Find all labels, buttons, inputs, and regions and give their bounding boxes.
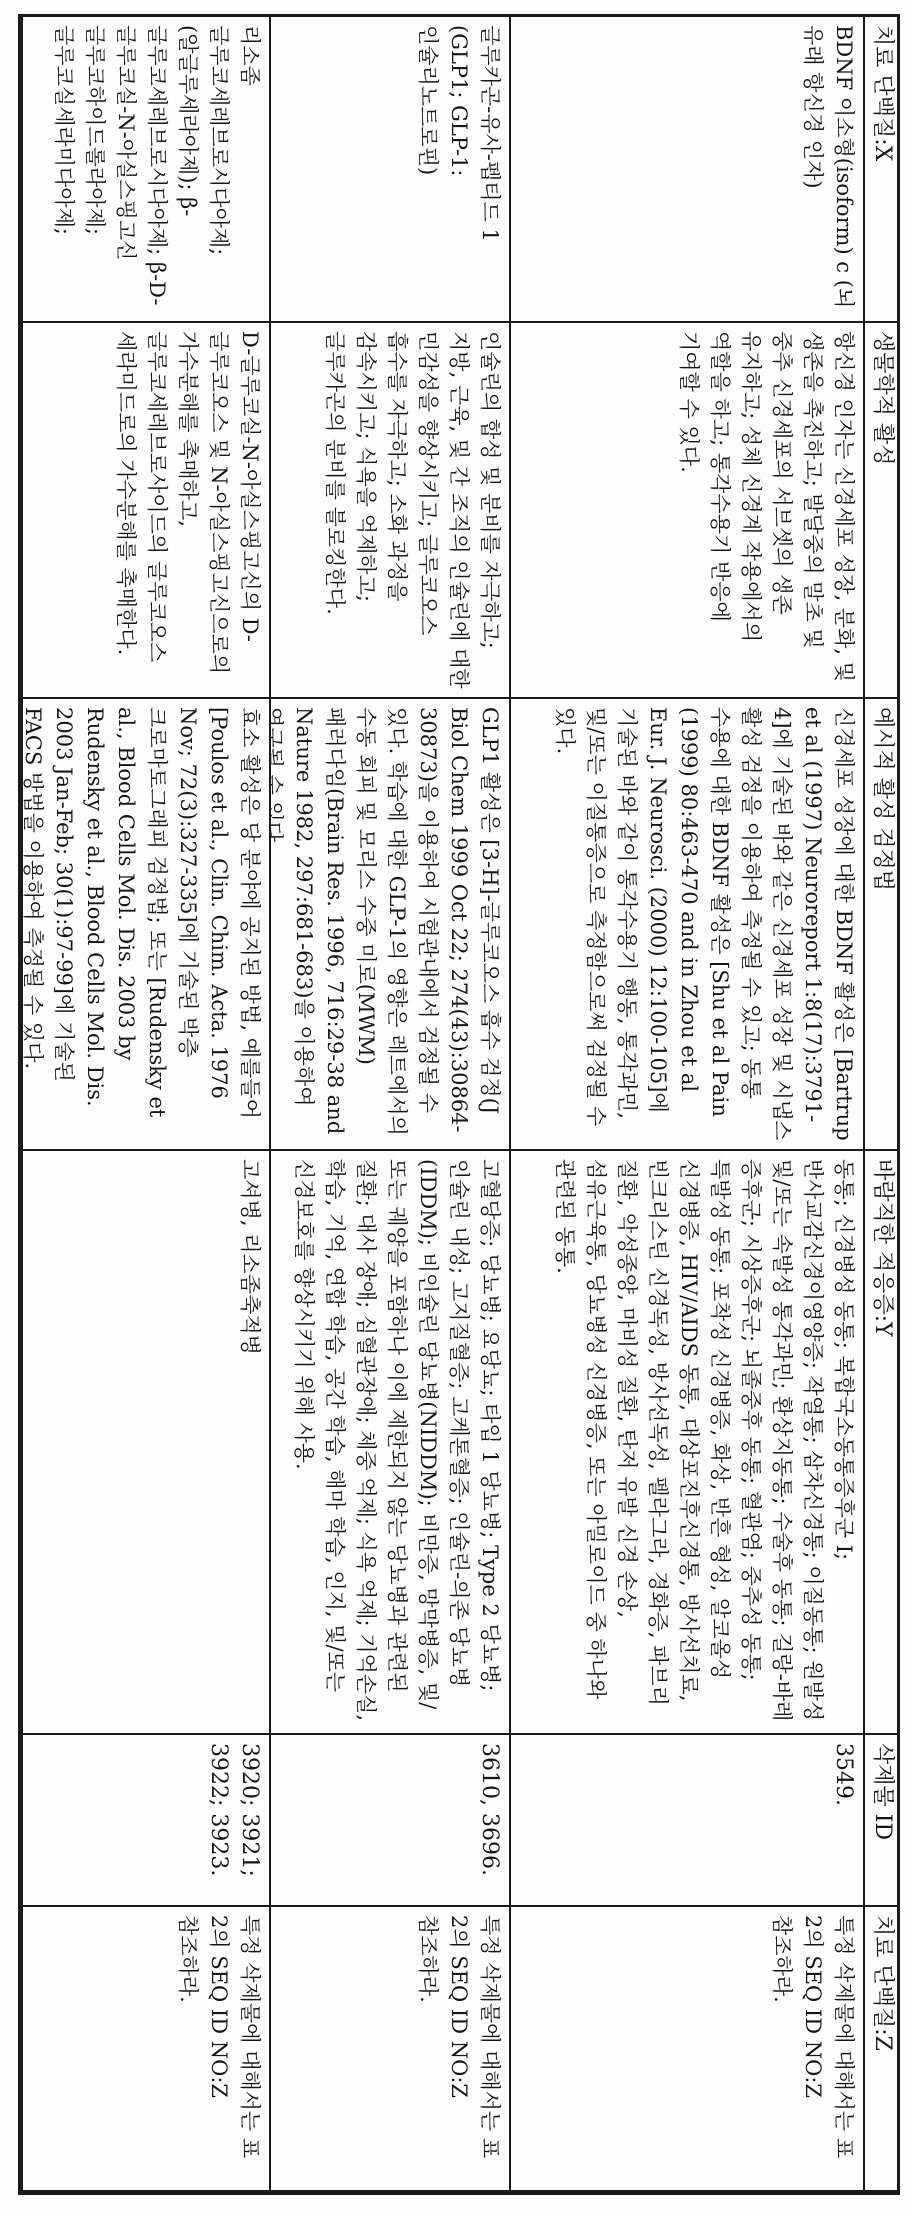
row-lysosome-preferred-indication: 고셔병, 리소좀축적병 <box>21 1151 269 1735</box>
col-header-construct-id: 삭제물 ID <box>863 1735 897 1907</box>
row-glp1-preferred-indication: 고혈당증; 당뇨병; 요당뇨; 타입 1 당뇨병; Type 2 당뇨병; 인슐… <box>269 1151 509 1735</box>
scanned-patent-page: 치료 단백질:X 생물학적 활성 예시적 활성 검정법 바람직한 적응증:Y 삭… <box>0 0 912 2216</box>
row-glp1-construct-id: 3610, 3696. <box>269 1735 509 1907</box>
row-bdnf-protein-z-note: 특정 삭제물에 대해서는 표 2의 SEQ ID NO:Z 참조하라. <box>509 1907 863 2192</box>
row-glp1-biological-activity: 인슐린의 합성 및 분비를 자극하고; 지방, 근육, 및 간 조직의 인슐린에… <box>269 323 509 699</box>
row-lysosome-construct-id: 3920; 3921; 3922; 3923. <box>21 1735 269 1907</box>
row-lysosome-activity-assay: 효소 활성은 당 분야에 공지된 방법, 예를들어 [Poulos et al.… <box>21 699 269 1151</box>
row-bdnf-activity-assay: 신경세포 성장에 대한 BDNF 활성은 [Bartrup et al (199… <box>509 699 863 1151</box>
row-lysosome-protein-x: 리소좀 글루코세레브로시다아제; (알글루세라아제); β-글루코세레브로시다아… <box>21 17 269 323</box>
rotated-table-container: 치료 단백질:X 생물학적 활성 예시적 활성 검정법 바람직한 적응증:Y 삭… <box>0 0 912 2216</box>
col-header-therapeutic-protein-z: 치료 단백질:Z <box>863 1907 897 2192</box>
row-bdnf-preferred-indication: 동통; 신경병성 동통; 복합국소동통증후군 I; 반사교감신경이영양증; 작열… <box>509 1151 863 1735</box>
therapeutic-protein-table: 치료 단백질:X 생물학적 활성 예시적 활성 검정법 바람직한 적응증:Y 삭… <box>18 14 900 2195</box>
row-lysosome-biological-activity: D-글루코실-N-아실스핑고신의 D-글루코오스 및 N-아실스핑고신으로의 가… <box>21 323 269 699</box>
row-glp1-protein-z-note: 특정 삭제물에 대해서는 표 2의 SEQ ID NO:Z 참조하라. <box>269 1907 509 2192</box>
col-header-preferred-indication-y: 바람직한 적응증:Y <box>863 1151 897 1735</box>
col-header-exemplary-activity-assay: 예시적 활성 검정법 <box>863 699 897 1151</box>
row-bdnf-construct-id: 3549. <box>509 1735 863 1907</box>
col-header-biological-activity: 생물학적 활성 <box>863 323 897 699</box>
row-glp1-activity-assay: GLP1 활성은 [3-H]-글루코오스 흡수 검정(J Biol Chem 1… <box>269 699 509 1151</box>
row-lysosome-protein-z-note: 특정 삭제물에 대해서는 표 2의 SEQ ID NO:Z 참조하라. <box>21 1907 269 2192</box>
col-header-therapeutic-protein-x: 치료 단백질:X <box>863 17 897 323</box>
row-glp1-protein-x: 글루카곤-유사-펩티드 1 (GLP1; GLP-1: 인슐리노트로핀) <box>269 17 509 323</box>
row-bdnf-protein-x: BDNF 이소형(isoform) c (뇌 유래 항신경 인자) <box>509 17 863 323</box>
row-bdnf-biological-activity: 항신경 인자는 신경세포 성장, 분화, 및 생존을 촉진하고; 발달중의 말초… <box>509 323 863 699</box>
